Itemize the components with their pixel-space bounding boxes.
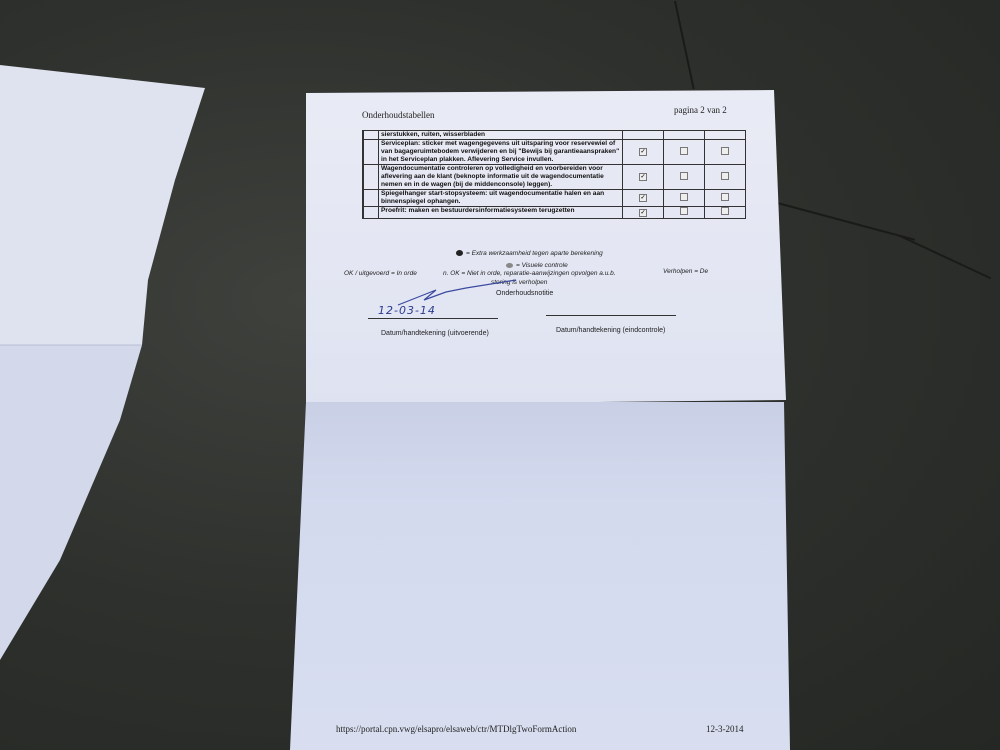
status-cell xyxy=(664,140,705,165)
empty-box-icon xyxy=(721,193,729,201)
status-cell: ✓ xyxy=(623,165,664,190)
legend-visual-check: = Visuele controle xyxy=(506,262,568,269)
status-cell: ✓ xyxy=(623,190,664,207)
legend-extra-work: = Extra werkzaamheid tegen aparte bereke… xyxy=(456,250,603,257)
table-row: Wagendocumentatie controleren op volledi… xyxy=(363,165,746,190)
signature-line-final xyxy=(546,315,676,316)
row-gutter xyxy=(363,131,379,140)
legend-not-ok: n. OK = Niet in orde, reparatie-aanwijzi… xyxy=(443,270,616,277)
task-description: Spiegelhanger start-stopsysteem: uit wag… xyxy=(379,190,623,207)
row-gutter xyxy=(363,140,379,165)
status-cell xyxy=(705,131,746,140)
maintenance-form-sheet: Onderhoudstabellen pagina 2 van 2 sierst… xyxy=(290,90,790,750)
row-gutter xyxy=(363,190,379,207)
status-cell xyxy=(705,190,746,207)
empty-box-icon xyxy=(721,172,729,180)
maintenance-task-table: sierstukken, ruiten, wisserbladenService… xyxy=(362,130,746,219)
status-cell xyxy=(664,190,705,207)
signature-label-final: Datum/handtekening (eindcontrole) xyxy=(556,327,665,334)
sheet-lower-fold: https://portal.cpn.vwg/elsapro/elsaweb/c… xyxy=(290,402,790,750)
handwritten-date: 12-03-14 xyxy=(378,304,436,317)
status-cell xyxy=(705,140,746,165)
footer-url: https://portal.cpn.vwg/elsapro/elsaweb/c… xyxy=(336,724,576,734)
checked-box-icon: ✓ xyxy=(639,173,647,181)
table-row: Spiegelhanger start-stopsysteem: uit wag… xyxy=(363,190,746,207)
status-cell xyxy=(705,207,746,219)
checked-box-icon: ✓ xyxy=(639,194,647,202)
footer-date: 12-3-2014 xyxy=(706,724,744,734)
table-row: Serviceplan: sticker met wagengegevens u… xyxy=(363,140,746,165)
task-description: Proefrit: maken en bestuurdersinformatie… xyxy=(379,207,623,219)
task-description: Serviceplan: sticker met wagengegevens u… xyxy=(379,140,623,165)
task-description: Wagendocumentatie controleren op volledi… xyxy=(379,165,623,190)
empty-box-icon xyxy=(721,207,729,215)
legend-fixed: Verholpen = De xyxy=(663,268,708,275)
asphalt-crack xyxy=(900,235,991,279)
task-description: sierstukken, ruiten, wisserbladen xyxy=(379,131,623,140)
empty-box-icon xyxy=(680,147,688,155)
legend-ok: OK / uitgevoerd = In orde xyxy=(344,270,417,277)
document-title: Onderhoudstabellen xyxy=(362,110,434,120)
eye-icon xyxy=(506,263,513,268)
sheet-upper-fold: Onderhoudstabellen pagina 2 van 2 sierst… xyxy=(306,90,786,405)
left-folded-sheet xyxy=(0,0,220,750)
checked-box-icon: ✓ xyxy=(639,148,647,156)
empty-box-icon xyxy=(680,207,688,215)
status-cell: ✓ xyxy=(623,140,664,165)
page-number: pagina 2 van 2 xyxy=(674,105,727,115)
row-gutter xyxy=(363,207,379,219)
asphalt-crack xyxy=(674,1,695,89)
signature-label-executor: Datum/handtekening (uitvoerende) xyxy=(381,330,489,337)
empty-box-icon xyxy=(721,147,729,155)
signature-line-executor xyxy=(368,318,498,319)
status-cell xyxy=(664,165,705,190)
status-cell xyxy=(664,131,705,140)
row-gutter xyxy=(363,165,379,190)
status-cell: ✓ xyxy=(623,207,664,219)
table-row: Proefrit: maken en bestuurdersinformatie… xyxy=(363,207,746,219)
status-cell xyxy=(623,131,664,140)
status-cell xyxy=(705,165,746,190)
filled-circle-icon xyxy=(456,250,463,256)
empty-box-icon xyxy=(680,193,688,201)
checked-box-icon: ✓ xyxy=(639,209,647,217)
empty-box-icon xyxy=(680,172,688,180)
asphalt-crack xyxy=(770,200,915,241)
status-cell xyxy=(664,207,705,219)
table-row: sierstukken, ruiten, wisserbladen xyxy=(363,131,746,140)
